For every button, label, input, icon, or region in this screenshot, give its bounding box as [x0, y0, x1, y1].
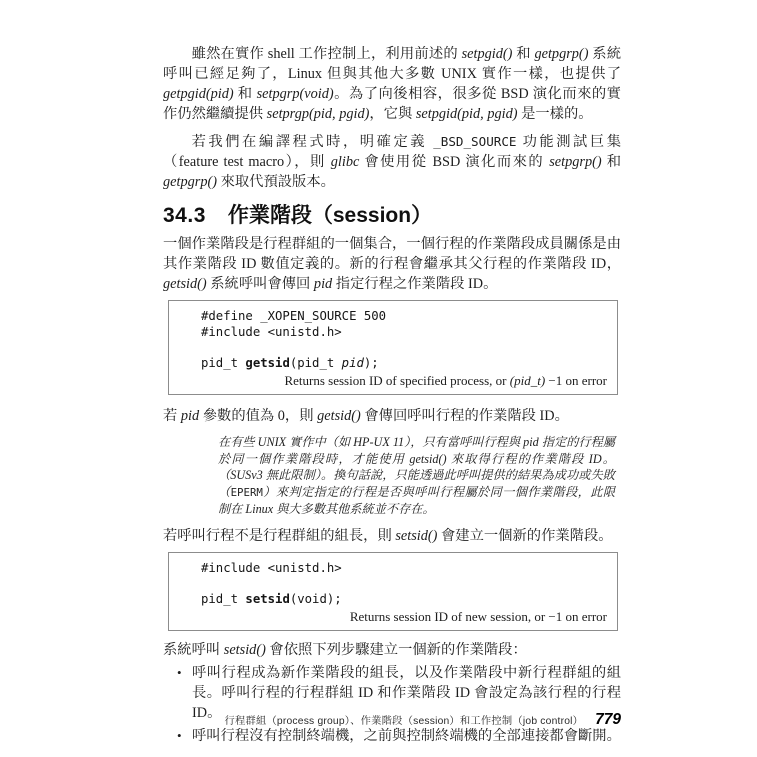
- bullet-list: • 呼叫行程成為新作業階段的組長，以及作業階段中新行程群組的組長。呼叫行程的行程…: [163, 663, 621, 746]
- section-number: 34.3: [163, 204, 206, 228]
- code-line: pid_t getsid(pid_t pid);: [201, 356, 607, 372]
- paragraph-setsid-intro: 若呼叫行程不是行程群組的組長，則 setsid() 會建立一個新的作業階段。: [163, 526, 621, 546]
- note-block: 在有些 UNIX 實作中（如 HP-UX 11），只有當呼叫行程與 pid 指定…: [218, 434, 615, 518]
- bullet-text: 呼叫行程沒有控制終端機，之前與控制終端機的全部連接都會斷開。: [192, 726, 621, 746]
- list-item: • 呼叫行程沒有控制終端機，之前與控制終端機的全部連接都會斷開。: [163, 726, 621, 746]
- section-title: 作業階段（session）: [228, 204, 432, 228]
- code-line-blank: [201, 576, 607, 592]
- book-page: 雖然在實作 shell 工作控制上，利用前述的 setpgid() 和 getp…: [0, 0, 757, 757]
- returns-annotation: Returns session ID of specified process,…: [201, 372, 607, 389]
- bullet-icon: •: [163, 726, 192, 746]
- code-line: #include <unistd.h>: [201, 325, 607, 341]
- page-content: 雖然在實作 shell 工作控制上，利用前述的 setpgid() 和 getp…: [163, 44, 621, 746]
- code-line-blank: [201, 340, 607, 356]
- page-number: 779: [595, 711, 621, 729]
- code-line: #define _XOPEN_SOURCE 500: [201, 309, 607, 325]
- section-heading: 34.3 作業階段（session）: [163, 204, 621, 228]
- paragraph-getsid-zero: 若 pid 參數的值為 0，則 getsid() 會傳回呼叫行程的作業階段 ID…: [163, 406, 621, 426]
- code-line: pid_t setsid(void);: [201, 592, 607, 608]
- paragraph-bsd-source: 若我們在編譯程式時，明確定義 _BSD_SOURCE 功能測試巨集（featur…: [163, 132, 621, 192]
- page-footer: 行程群組（process group）、作業階段（session）和工作控制（j…: [163, 711, 621, 729]
- running-footer-title: 行程群組（process group）、作業階段（session）和工作控制（j…: [224, 712, 583, 727]
- paragraph-setsid-steps: 系統呼叫 setsid() 會依照下列步驟建立一個新的作業階段：: [163, 640, 621, 660]
- setsid-prototype-box: #include <unistd.h> pid_t setsid(void); …: [168, 552, 618, 632]
- code-line: #include <unistd.h>: [201, 561, 607, 577]
- getsid-prototype-box: #define _XOPEN_SOURCE 500 #include <unis…: [168, 300, 618, 395]
- paragraph-shell-job-control: 雖然在實作 shell 工作控制上，利用前述的 setpgid() 和 getp…: [163, 44, 621, 124]
- paragraph-session-intro: 一個作業階段是行程群組的一個集合，一個行程的作業階段成員關係是由其作業階段 ID…: [163, 234, 621, 294]
- returns-annotation: Returns session ID of new session, or −1…: [201, 608, 607, 625]
